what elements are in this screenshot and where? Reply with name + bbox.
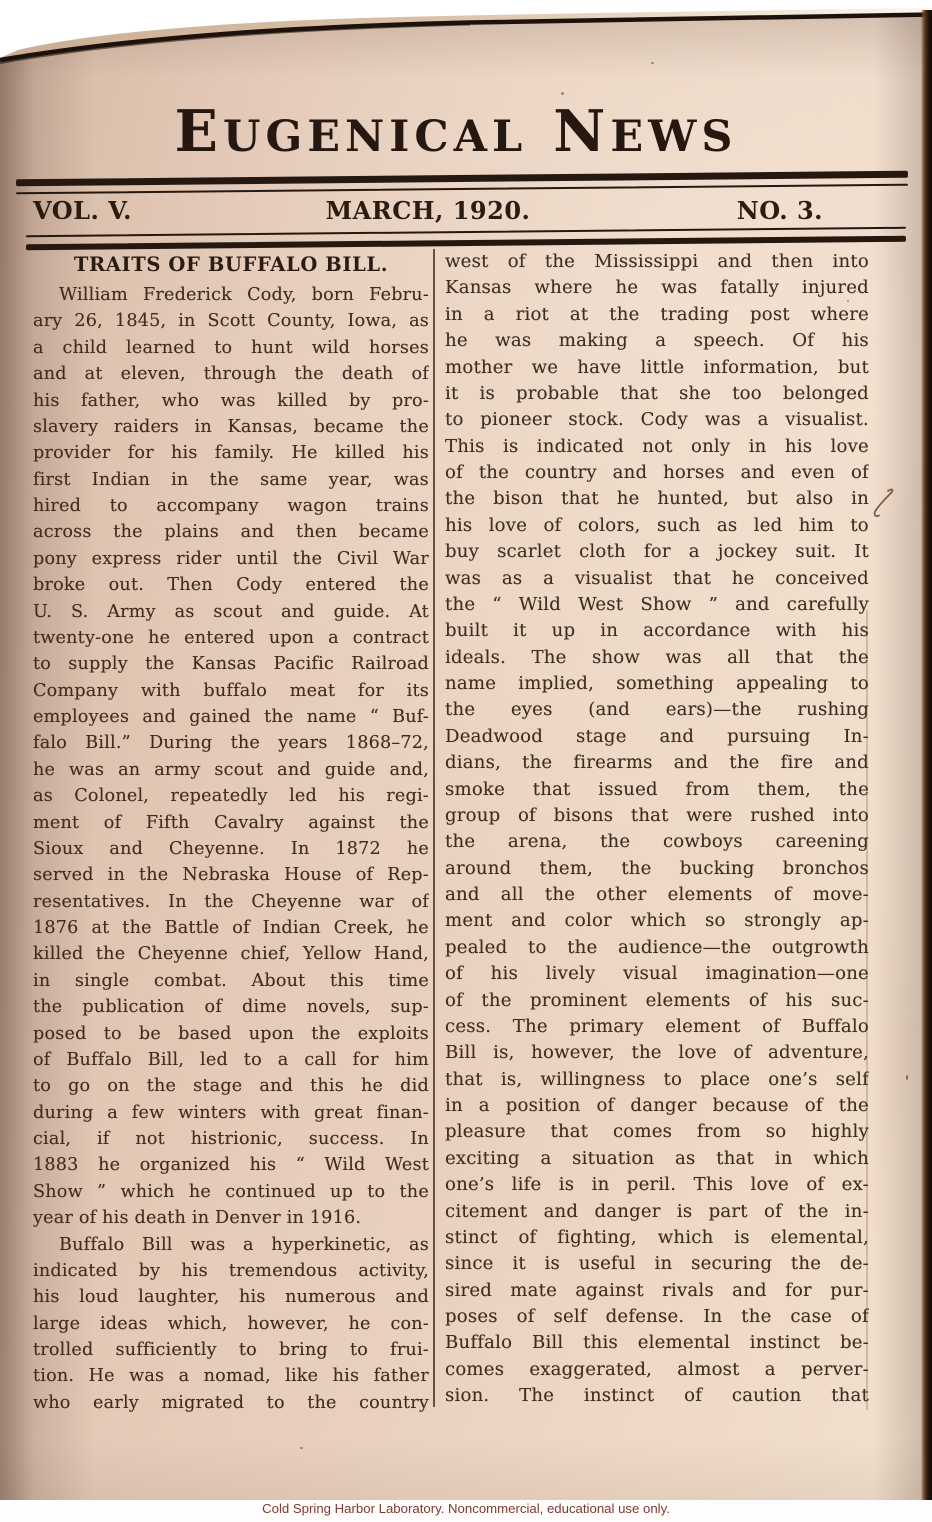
text-line: ary26,1845,inScottCounty,Iowa,as	[33, 308, 429, 334]
text-line: indicatedbyhistremendousactivity,	[33, 1258, 429, 1284]
text-line: servedintheNebraskaHouseofRep-	[33, 862, 429, 888]
text-line: whoearlymigratedtothecountry	[33, 1390, 429, 1416]
text-line: ofhislivelyvisualimagination—one	[445, 961, 869, 987]
text-line: cess.TheprimaryelementofBuffalo	[445, 1014, 869, 1040]
number-label: NO. 3.	[530, 196, 823, 225]
text-line: brokeout.ThenCodyenteredthe	[33, 572, 429, 598]
text-line: posesofselfdefense.Inthecaseof	[445, 1304, 869, 1330]
text-line: pleasurethatcomesfromsohighly	[445, 1119, 869, 1145]
text-line: topioneerstock.Codywasavisualist.	[445, 407, 869, 433]
article-heading: TRAITS OF BUFFALO BILL.	[33, 249, 429, 282]
text-line: mentandcolorwhichsostronglyap-	[445, 908, 869, 934]
text-line: sion.Theinstinctofcautionthat	[445, 1383, 869, 1409]
right-column-lines: westoftheMississippiandthenintoKansaswhe…	[445, 249, 869, 1410]
text-line: aroundthem,thebuckingbronchos	[445, 856, 869, 882]
text-line: westoftheMississippiandtheninto	[445, 249, 869, 275]
text-line: Thisisindicatednotonlyinhislove	[445, 434, 869, 460]
text-line: cial,ifnothistrionic,success.In	[33, 1126, 429, 1152]
text-line: hiredtoaccompanywagontrains	[33, 493, 429, 519]
handwritten-mark	[868, 484, 898, 526]
text-line: stinctoffighting,whichiselemental,	[445, 1225, 869, 1251]
text-line: Companywithbuffalomeatforits	[33, 678, 429, 704]
text-line: theeyes(andears)—therushing	[445, 697, 869, 723]
header-rule-thin-bottom	[26, 227, 906, 237]
text-line: insinglecombat.Aboutthistime	[33, 968, 429, 994]
text-line: Billis,however,theloveofadventure,	[445, 1040, 869, 1066]
text-line: hisloveofcolors,suchasledhimto	[445, 513, 869, 539]
text-line: trolledsufficientlytobringtofrui-	[33, 1337, 429, 1363]
text-line: thearena,thecowboyscareening	[445, 829, 869, 855]
text-line: thepublicationofdimenovels,sup-	[33, 994, 429, 1020]
footer-strip: Cold Spring Harbor Laboratory. Noncommer…	[0, 1500, 932, 1522]
two-column-article: TRAITS OF BUFFALO BILL. WilliamFrederick…	[33, 249, 869, 1416]
text-line: tion.Hewasanomad,likehisfather	[33, 1363, 429, 1389]
text-line: asColonel,repeatedlyledhisregi-	[33, 783, 429, 809]
scanned-journal-page: EUGENICALNEWS VOL. V. MARCH, 1920. NO. 3…	[0, 0, 932, 1522]
text-line: ofthecountryandhorsesandevenof	[445, 460, 869, 486]
text-line: achildlearnedtohuntwildhorses	[33, 335, 429, 361]
issue-info-row: VOL. V. MARCH, 1920. NO. 3.	[33, 196, 823, 225]
text-line: twenty-oneheentereduponacontract	[33, 625, 429, 651]
text-line: ideals.Theshowwasallthatthe	[445, 645, 869, 671]
text-line: providerforhisfamily.Hekilledhis	[33, 440, 429, 466]
text-line: duringafewwinterswithgreatfinan-	[33, 1100, 429, 1126]
column-divider-rule	[433, 249, 435, 1407]
text-line: hewasmakingaspeech.Ofhis	[445, 328, 869, 354]
text-line: largeideaswhich,however,hecon-	[33, 1311, 429, 1337]
text-line: hisloudlaughter,hisnumerousand	[33, 1284, 429, 1310]
text-line: andalltheotherelementsofmove-	[445, 882, 869, 908]
text-line: hewasanarmyscoutandguideand,	[33, 757, 429, 783]
dust-speck	[300, 1447, 303, 1449]
text-line: U.S.Armyasscoutandguide.At	[33, 599, 429, 625]
text-line: Show”whichhecontinueduptothe	[33, 1179, 429, 1205]
dust-speck	[906, 1075, 908, 1080]
text-line: smokethatissuedfromthem,the	[445, 777, 869, 803]
dust-speck	[561, 92, 564, 95]
text-line: acrosstheplainsandthenbecame	[33, 519, 429, 545]
page-content: EUGENICALNEWS VOL. V. MARCH, 1920. NO. 3…	[0, 0, 932, 1500]
text-line: builtitupinaccordancewithhis	[445, 618, 869, 644]
text-line: firstIndianinthesameyear,was	[33, 467, 429, 493]
text-line: tosupplytheKansasPacificRailroad	[33, 651, 429, 677]
header-rule-thick-bottom	[26, 236, 906, 250]
right-column: westoftheMississippiandthenintoKansaswhe…	[435, 249, 869, 1416]
text-line: inapositionofdangerbecauseofthe	[445, 1093, 869, 1119]
text-line: buyscarletclothforajockeysuit.It	[445, 539, 869, 565]
date-label: MARCH, 1920.	[326, 196, 531, 225]
page-curl-faint-line	[866, 610, 868, 1410]
text-line: WilliamFrederickCody,bornFebru-	[33, 282, 429, 308]
text-line: faloBill.”Duringtheyears1868–72,	[33, 730, 429, 756]
dust-speck	[651, 62, 654, 64]
text-line: killedtheCheyennechief,YellowHand,	[33, 941, 429, 967]
dust-speck	[847, 300, 849, 302]
text-line: 1876attheBattleofIndianCreek,he	[33, 915, 429, 941]
text-line: ponyexpressrideruntiltheCivilWar	[33, 546, 429, 572]
volume-label: VOL. V.	[33, 196, 326, 225]
text-line: excitingasituationasthatinwhich	[445, 1146, 869, 1172]
text-line: hisfather,whowaskilledbypro-	[33, 388, 429, 414]
text-line: comesexaggerated,almostaperver-	[445, 1357, 869, 1383]
text-line: wasasavisualistthatheconceived	[445, 566, 869, 592]
text-line: oftheprominentelementsofhissuc-	[445, 988, 869, 1014]
text-line: ofBuffaloBill,ledtoacallforhim	[33, 1047, 429, 1073]
header-rule-thin-top	[16, 184, 908, 195]
text-line: groupofbisonsthatwererushedinto	[445, 803, 869, 829]
left-column: TRAITS OF BUFFALO BILL. WilliamFrederick…	[33, 249, 429, 1416]
text-line: sinceitisusefulinsecuringthede-	[445, 1251, 869, 1277]
text-line: BuffaloBillwasahyperkinetic,as	[33, 1232, 429, 1258]
text-line: pealedtotheaudience—theoutgrowth	[445, 935, 869, 961]
text-line: citementanddangerispartofthein-	[445, 1199, 869, 1225]
text-line: nameimplied,somethingappealingto	[445, 671, 869, 697]
text-line: SiouxandCheyenne.In1872he	[33, 836, 429, 862]
text-line: BuffaloBillthiselementalinstinctbe-	[445, 1330, 869, 1356]
text-line: resentatives.IntheCheyennewarof	[33, 889, 429, 915]
text-line: employeesandgainedthename“Buf-	[33, 704, 429, 730]
text-line: thatis,willingnesstoplaceone’sself	[445, 1067, 869, 1093]
text-line: motherwehavelittleinformation,but	[445, 355, 869, 381]
footer-caption: Cold Spring Harbor Laboratory. Noncommer…	[262, 1500, 670, 1518]
text-line: one’slifeisinperil.Thisloveofex-	[445, 1172, 869, 1198]
text-line: togoonthestageandthishedid	[33, 1073, 429, 1099]
book-edge-strip	[921, 10, 932, 1500]
text-line: mentofFifthCavalryagainstthe	[33, 810, 429, 836]
masthead-title: EUGENICALNEWS	[0, 98, 912, 165]
text-line: year of his death in Denver in 1916.	[33, 1205, 429, 1231]
header-rule-thick-top	[16, 171, 908, 186]
text-line: the“WildWestShow”andcarefully	[445, 592, 869, 618]
text-line: thebisonthathehunted,butalsoin	[445, 486, 869, 512]
text-line: itisprobablethatshetoobelonged	[445, 381, 869, 407]
text-line: 1883heorganizedhis“WildWest	[33, 1152, 429, 1178]
text-line: inariotatthetradingpostwhere	[445, 302, 869, 328]
text-line: andateleven,throughthedeathof	[33, 361, 429, 387]
text-line: posedtobebasedupontheexploits	[33, 1021, 429, 1047]
text-line: siredmateagainstrivalsandforpur-	[445, 1278, 869, 1304]
text-line: slaveryraidersinKansas,becamethe	[33, 414, 429, 440]
text-line: Kansaswherehewasfatallyinjured	[445, 275, 869, 301]
left-column-lines: WilliamFrederickCody,bornFebru-ary26,184…	[33, 282, 429, 1416]
text-line: dians,thefirearmsandthefireand	[445, 750, 869, 776]
text-line: DeadwoodstageandpursuingIn-	[445, 724, 869, 750]
